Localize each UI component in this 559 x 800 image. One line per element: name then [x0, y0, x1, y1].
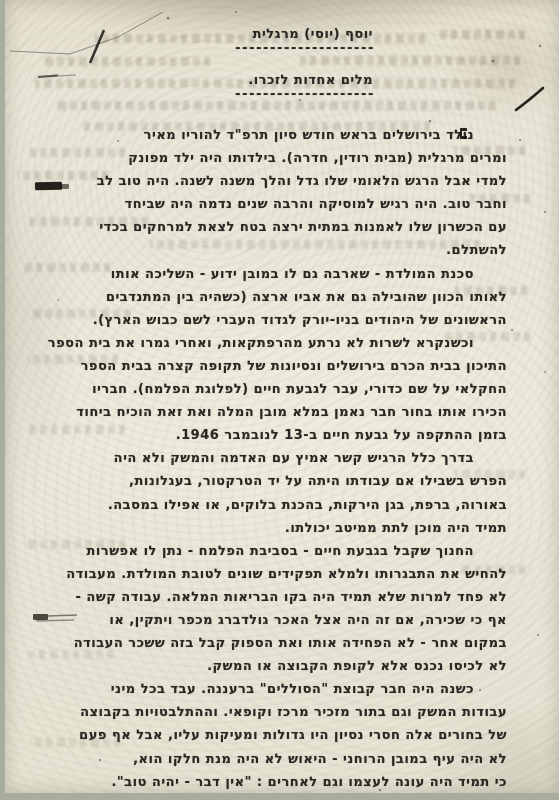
ink-smudge-blob — [35, 182, 69, 190]
scanned-page: { "document": { "title": "יוסף (יוסי) מר… — [0, 0, 559, 800]
margin-equals-mark — [33, 614, 77, 621]
edge-glyph-mark — [460, 128, 467, 139]
fold-crease-mark — [10, 12, 163, 63]
pen-stroke-mark — [516, 88, 543, 110]
scan-marks — [0, 0, 559, 800]
pencil-dash-mark — [38, 75, 76, 77]
dust-specks — [57, 11, 546, 791]
